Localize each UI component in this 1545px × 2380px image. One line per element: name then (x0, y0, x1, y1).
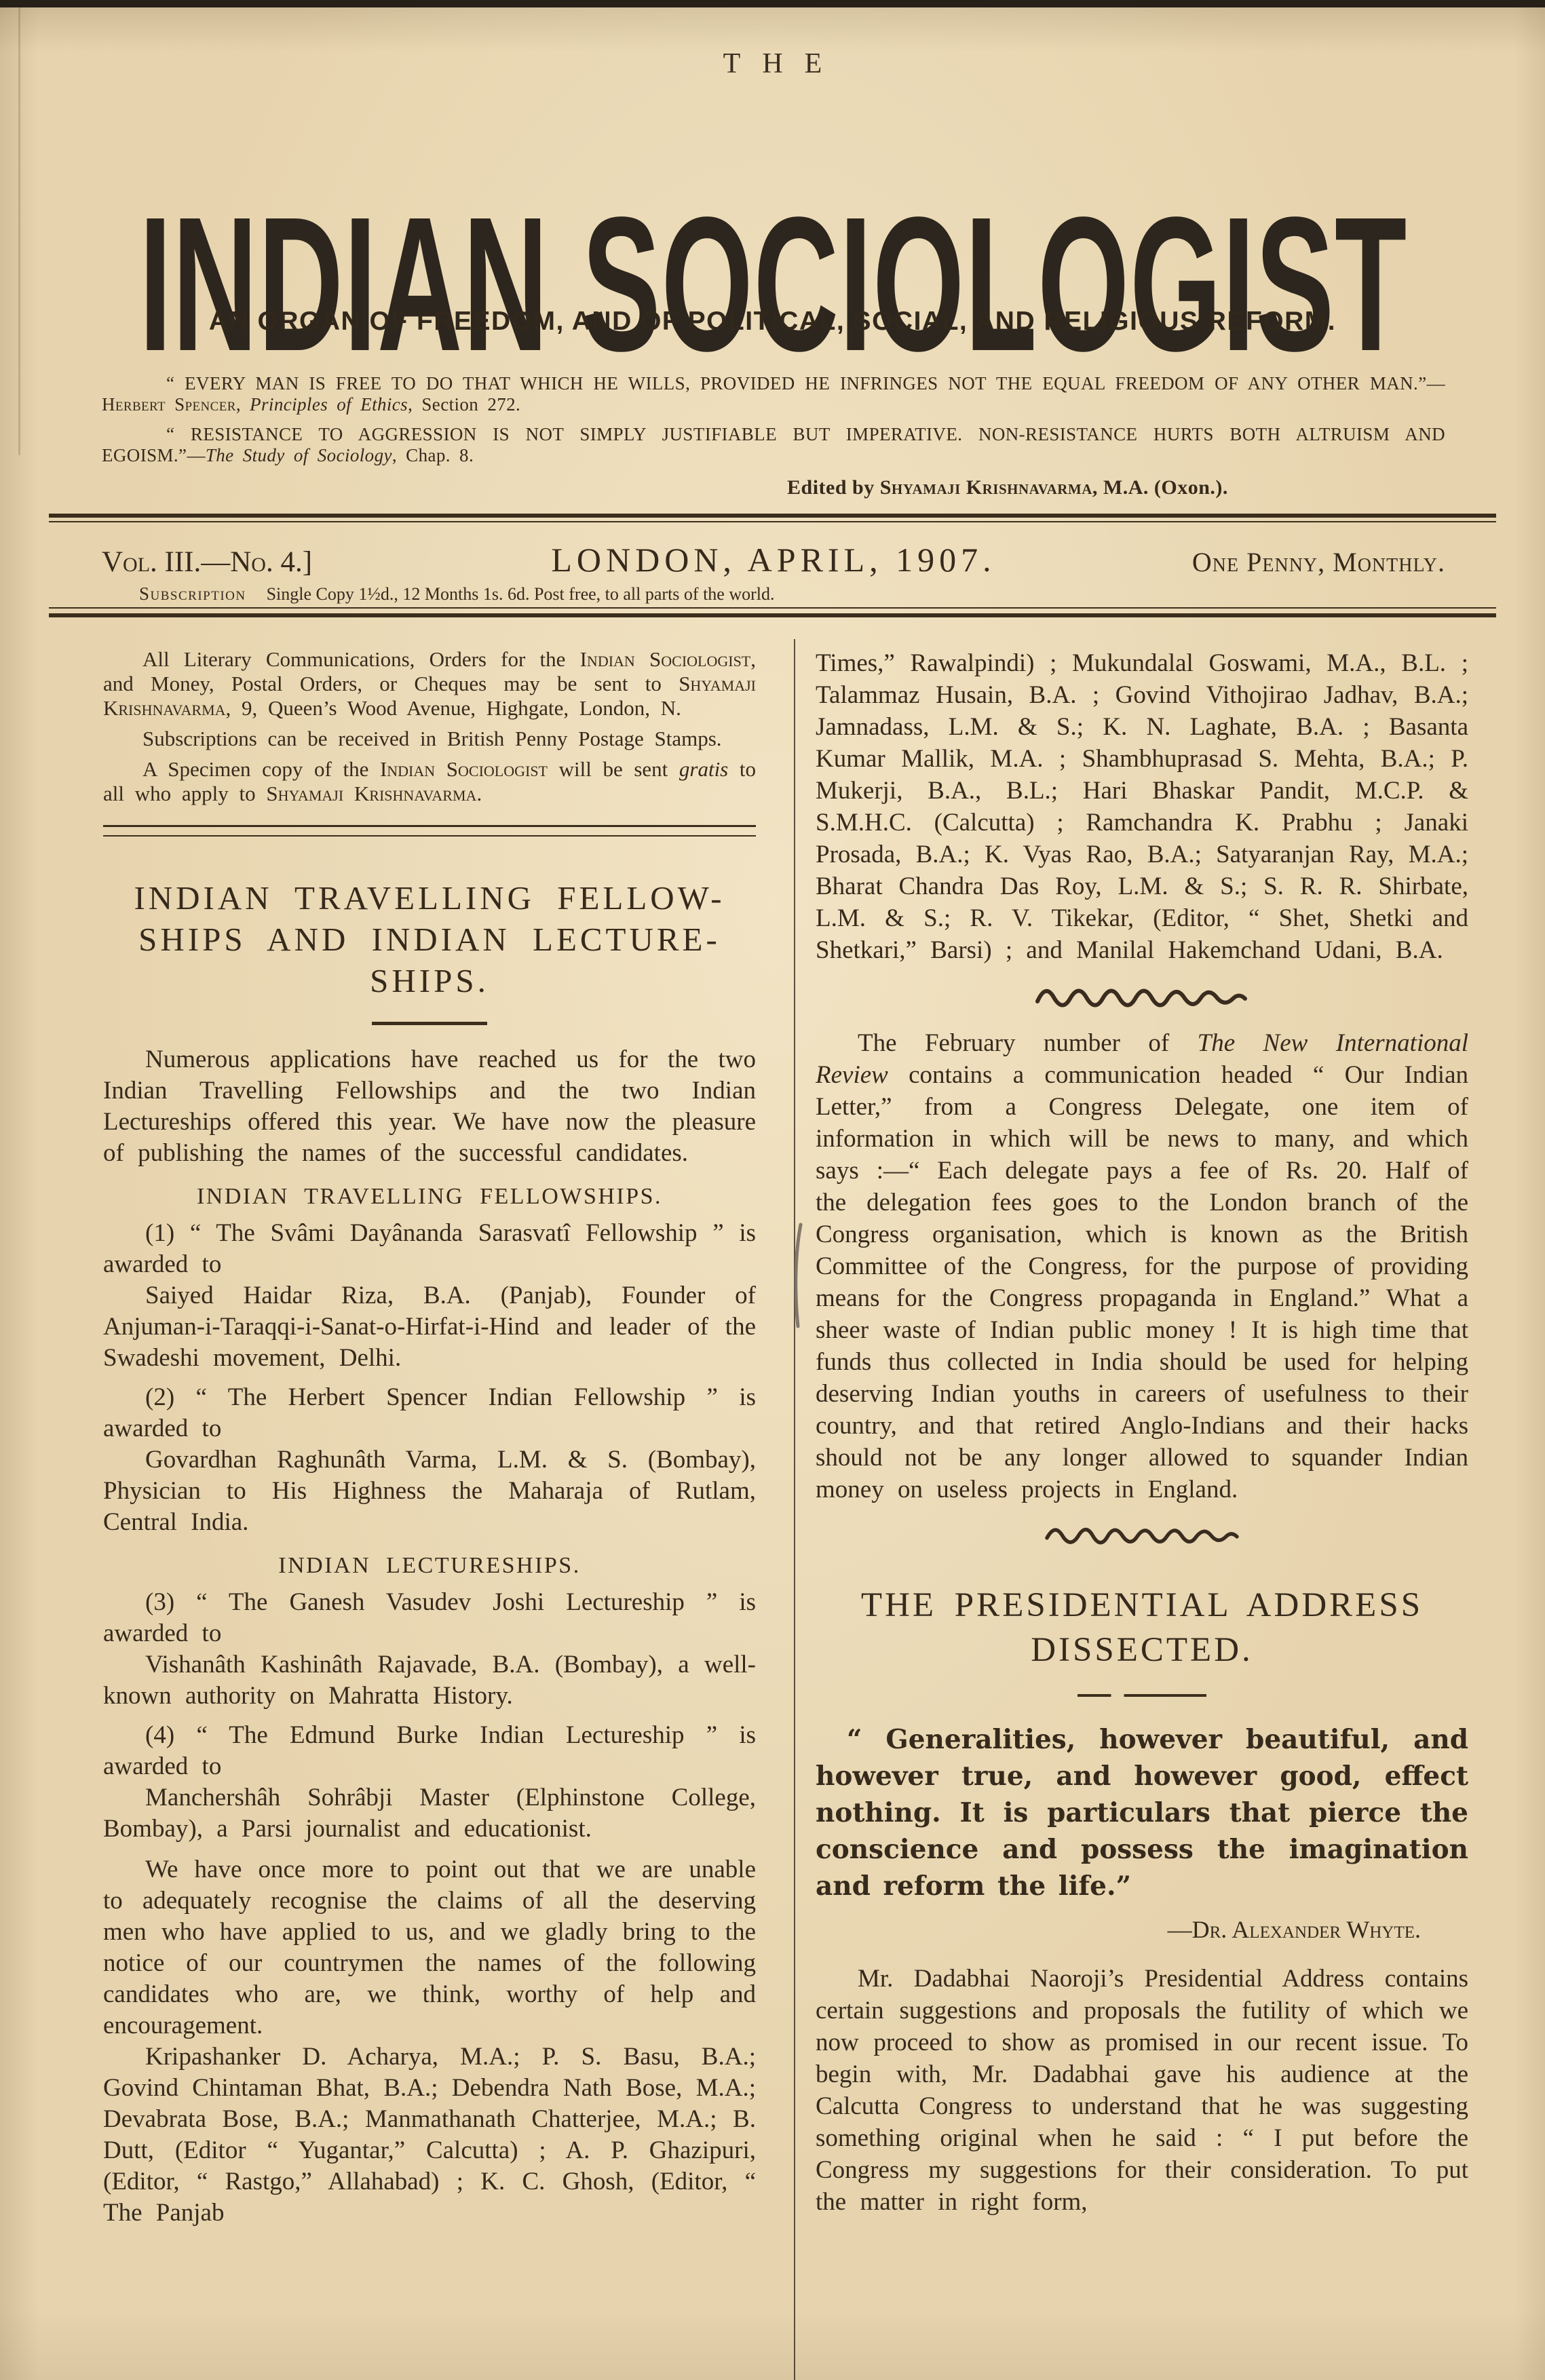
para-february-note: The February number of The New Internati… (816, 1027, 1468, 1505)
award-1: (1) “ The Svâmi Dayânanda Sarasvatî Fell… (103, 1218, 756, 1280)
squiggle-divider-icon (1040, 1523, 1244, 1550)
price-label: One Penny, Monthly. (1065, 546, 1445, 578)
epigraph-spencer-ethics: “ EVERY MAN IS FREE TO DO THAT WHICH HE … (102, 373, 1445, 415)
para-candidates-continued: Times,” Rawalpindi) ; Mukundalal Goswami… (816, 647, 1468, 966)
award-4-recipient: Manchershâh Sohrâbji Master (Elphinstone… (103, 1782, 756, 1845)
award-3-recipient: Vishanâth Kashinâth Rajavade, B.A. (Bomb… (103, 1649, 756, 1712)
award-1-recipient: Saiyed Haidar Riza, B.A. (Panjab), Found… (103, 1280, 756, 1374)
epigraph-block: “ EVERY MAN IS FREE TO DO THAT WHICH HE … (102, 373, 1445, 498)
volume-number: Vol. III.—No. 4.] (102, 545, 482, 579)
right-column: Times,” Rawalpindi) ; Mukundalal Goswami… (816, 636, 1468, 2218)
masthead-title: INDIAN SOCIOLOGIST (139, 175, 1406, 394)
award-2-recipient: Govardhan Raghunâth Varma, L.M. & S. (Bo… (103, 1444, 756, 1538)
dash-rule (1077, 1694, 1206, 1697)
column-divider-rule (794, 639, 795, 2380)
para-intro: Numerous applications have reached us fo… (103, 1044, 756, 1169)
dateline-rule-bottom (49, 607, 1496, 617)
margin-pen-mark (788, 1221, 809, 1330)
scan-top-edge (0, 0, 1545, 7)
notice-subscriptions: Subscriptions can be received in British… (103, 727, 756, 751)
subhead-travelling-fellowships: INDIAN TRAVELLING FELLOWSHIPS. (103, 1184, 756, 1210)
para-candidates: Kripashanker D. Acharya, M.A.; P. S. Bas… (103, 2041, 756, 2229)
subscription-text: Single Copy 1½d., 12 Months 1s. 6d. Post… (267, 584, 775, 604)
subhead-lectureships: INDIAN LECTURESHIPS. (103, 1553, 756, 1579)
article-title-fellowships: INDIAN TRAVELLING FELLOW- SHIPS AND INDI… (103, 877, 756, 1001)
pull-quote: “ Generalities, however beautiful, and h… (816, 1721, 1468, 1904)
pull-quote-attribution: —Dr. Alexander Whyte. (816, 1915, 1468, 1944)
award-3: (3) “ The Ganesh Vasudev Joshi Lecturesh… (103, 1587, 756, 1649)
article-title-presidential: THE PRESIDENTIAL ADDRESS DISSECTED. (816, 1583, 1468, 1672)
notice-specimen-copy: A Specimen copy of the Indian Sociologis… (103, 757, 756, 806)
masthead-pretitle: THE (0, 47, 1545, 80)
para-appeal: We have once more to point out that we a… (103, 1854, 756, 2041)
award-2: (2) “ The Herbert Spencer Indian Fellows… (103, 1382, 756, 1444)
section-divider-rule (103, 825, 756, 837)
editor-line: Edited by Shyamaji Krishnavarma, M.A. (O… (102, 477, 1445, 498)
notice-communications: All Literary Communications, Orders for … (103, 647, 756, 721)
left-column: All Literary Communications, Orders for … (103, 636, 756, 2229)
masthead-rule-top (49, 514, 1496, 522)
para-presidential-body: Mr. Dadabhai Naoroji’s Presidential Addr… (816, 1963, 1468, 2218)
newspaper-page: THE INDIAN SOCIOLOGIST AN ORGAN OF FREED… (0, 0, 1545, 2380)
masthead-subtitle: AN ORGAN OF FREEDOM, AND OF POLITICAL, S… (0, 307, 1545, 337)
squiggle-divider-icon (1033, 984, 1251, 1014)
place-date: LONDON, APRIL, 1907. (482, 540, 1065, 579)
award-4: (4) “ The Edmund Burke Indian Lectureshi… (103, 1720, 756, 1782)
epigraph-spencer-sociology: “ RESISTANCE TO AGGRESSION IS NOT SIMPLY… (102, 424, 1445, 466)
subscription-line: SubscriptionSingle Copy 1½d., 12 Months … (139, 583, 775, 604)
article-title-rule (372, 1022, 487, 1025)
dateline-bar: Vol. III.—No. 4.] LONDON, APRIL, 1907. O… (102, 540, 1445, 579)
subscription-label: Subscription (139, 583, 246, 604)
